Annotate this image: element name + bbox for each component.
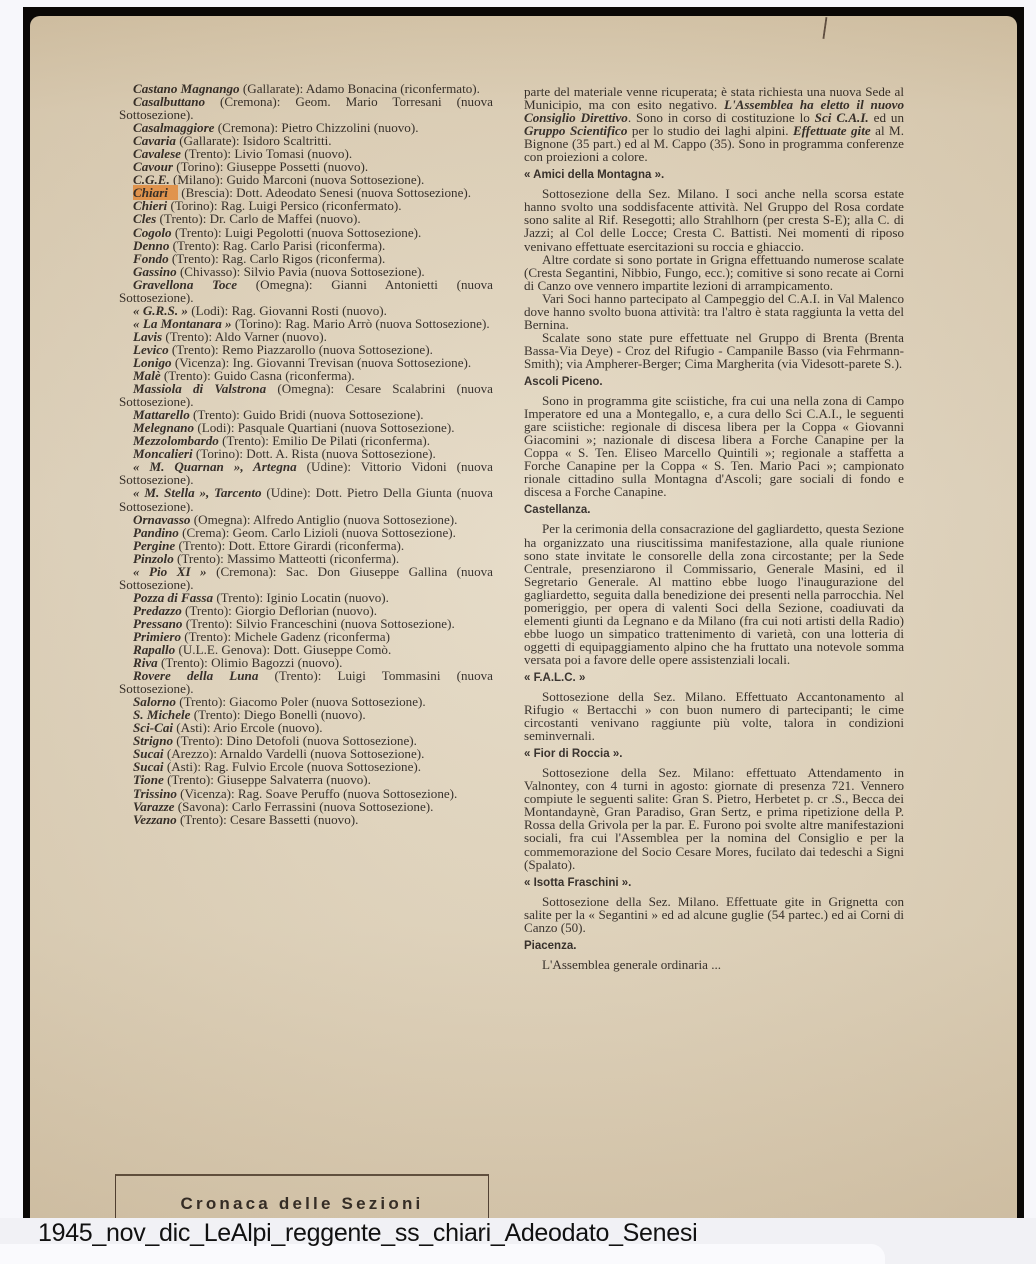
section-paragraph: Sottosezione della Sez. Milano. Effettua… (524, 895, 904, 934)
section-paragraph: Sono in programma gite sciistiche, fra c… (524, 394, 904, 498)
section-paragraph: Vari Soci hanno partecipato al Campeggio… (524, 292, 904, 331)
section-paragraph: Per la cerimonia della consacrazione del… (524, 522, 904, 666)
regent-entry: « Pio XI » (Cremona): Sac. Don Giuseppe … (119, 565, 493, 591)
section-paragraph: Sottosezione della Sez. Milano. I soci a… (524, 187, 904, 252)
section-heading: Ascoli Piceno. (524, 376, 904, 389)
regent-details: (Trento): Cesare Bassetti (nuovo). (177, 812, 359, 827)
cronaca-title: Cronaca delle Sezioni (116, 1194, 488, 1214)
regent-entry: Casalbuttano (Cremona): Geom. Mario Torr… (119, 95, 493, 121)
section-paragraph: Scalate sono state pure effettuate nel G… (524, 331, 904, 370)
regent-entry: Vezzano (Trento): Cesare Bassetti (nuovo… (119, 813, 493, 826)
regent-entry: « M. Stella », Tarcento (Udine): Dott. P… (119, 486, 493, 512)
left-column-regents-list: Castano Magnango (Gallarate): Adamo Bona… (119, 82, 493, 826)
right-column-section-news: parte del materiale venne ricuperata; è … (524, 85, 904, 971)
regent-entry: Gravellona Toce (Omegna): Gianni Antonie… (119, 278, 493, 304)
regent-entry: « M. Quarnan », Artegna (Udine): Vittori… (119, 460, 493, 486)
regent-entry: Massiola di Valstrona (Omegna): Cesare S… (119, 382, 493, 408)
section-paragraph: Altre cordate si sono portate in Grigna … (524, 253, 904, 292)
section-heading: « Isotta Fraschini ». (524, 877, 904, 890)
section-heading: « Fior di Roccia ». (524, 748, 904, 761)
magazine-page: Castano Magnango (Gallarate): Adamo Bona… (30, 16, 1017, 1229)
section-paragraph: L'Assemblea generale ordinaria ... (524, 958, 904, 971)
regent-entry: Rovere della Luna (Trento): Luigi Tommas… (119, 669, 493, 695)
image-caption: 1945_nov_dic_LeAlpi_reggente_ss_chiari_A… (38, 1219, 697, 1248)
section-heading: Castellanza. (524, 504, 904, 517)
pencil-mark (809, 16, 828, 39)
section-paragraph: Sottosezione della Sez. Milano. Effettua… (524, 690, 904, 742)
section-paragraph: Sottosezione della Sez. Milano: effettua… (524, 766, 904, 870)
place-name: Vezzano (133, 812, 177, 827)
intro-paragraph: parte del materiale venne ricuperata; è … (524, 85, 904, 163)
section-heading: « Amici della Montagna ». (524, 169, 904, 182)
section-heading: Piacenza. (524, 940, 904, 953)
section-heading: « F.A.L.C. » (524, 672, 904, 685)
